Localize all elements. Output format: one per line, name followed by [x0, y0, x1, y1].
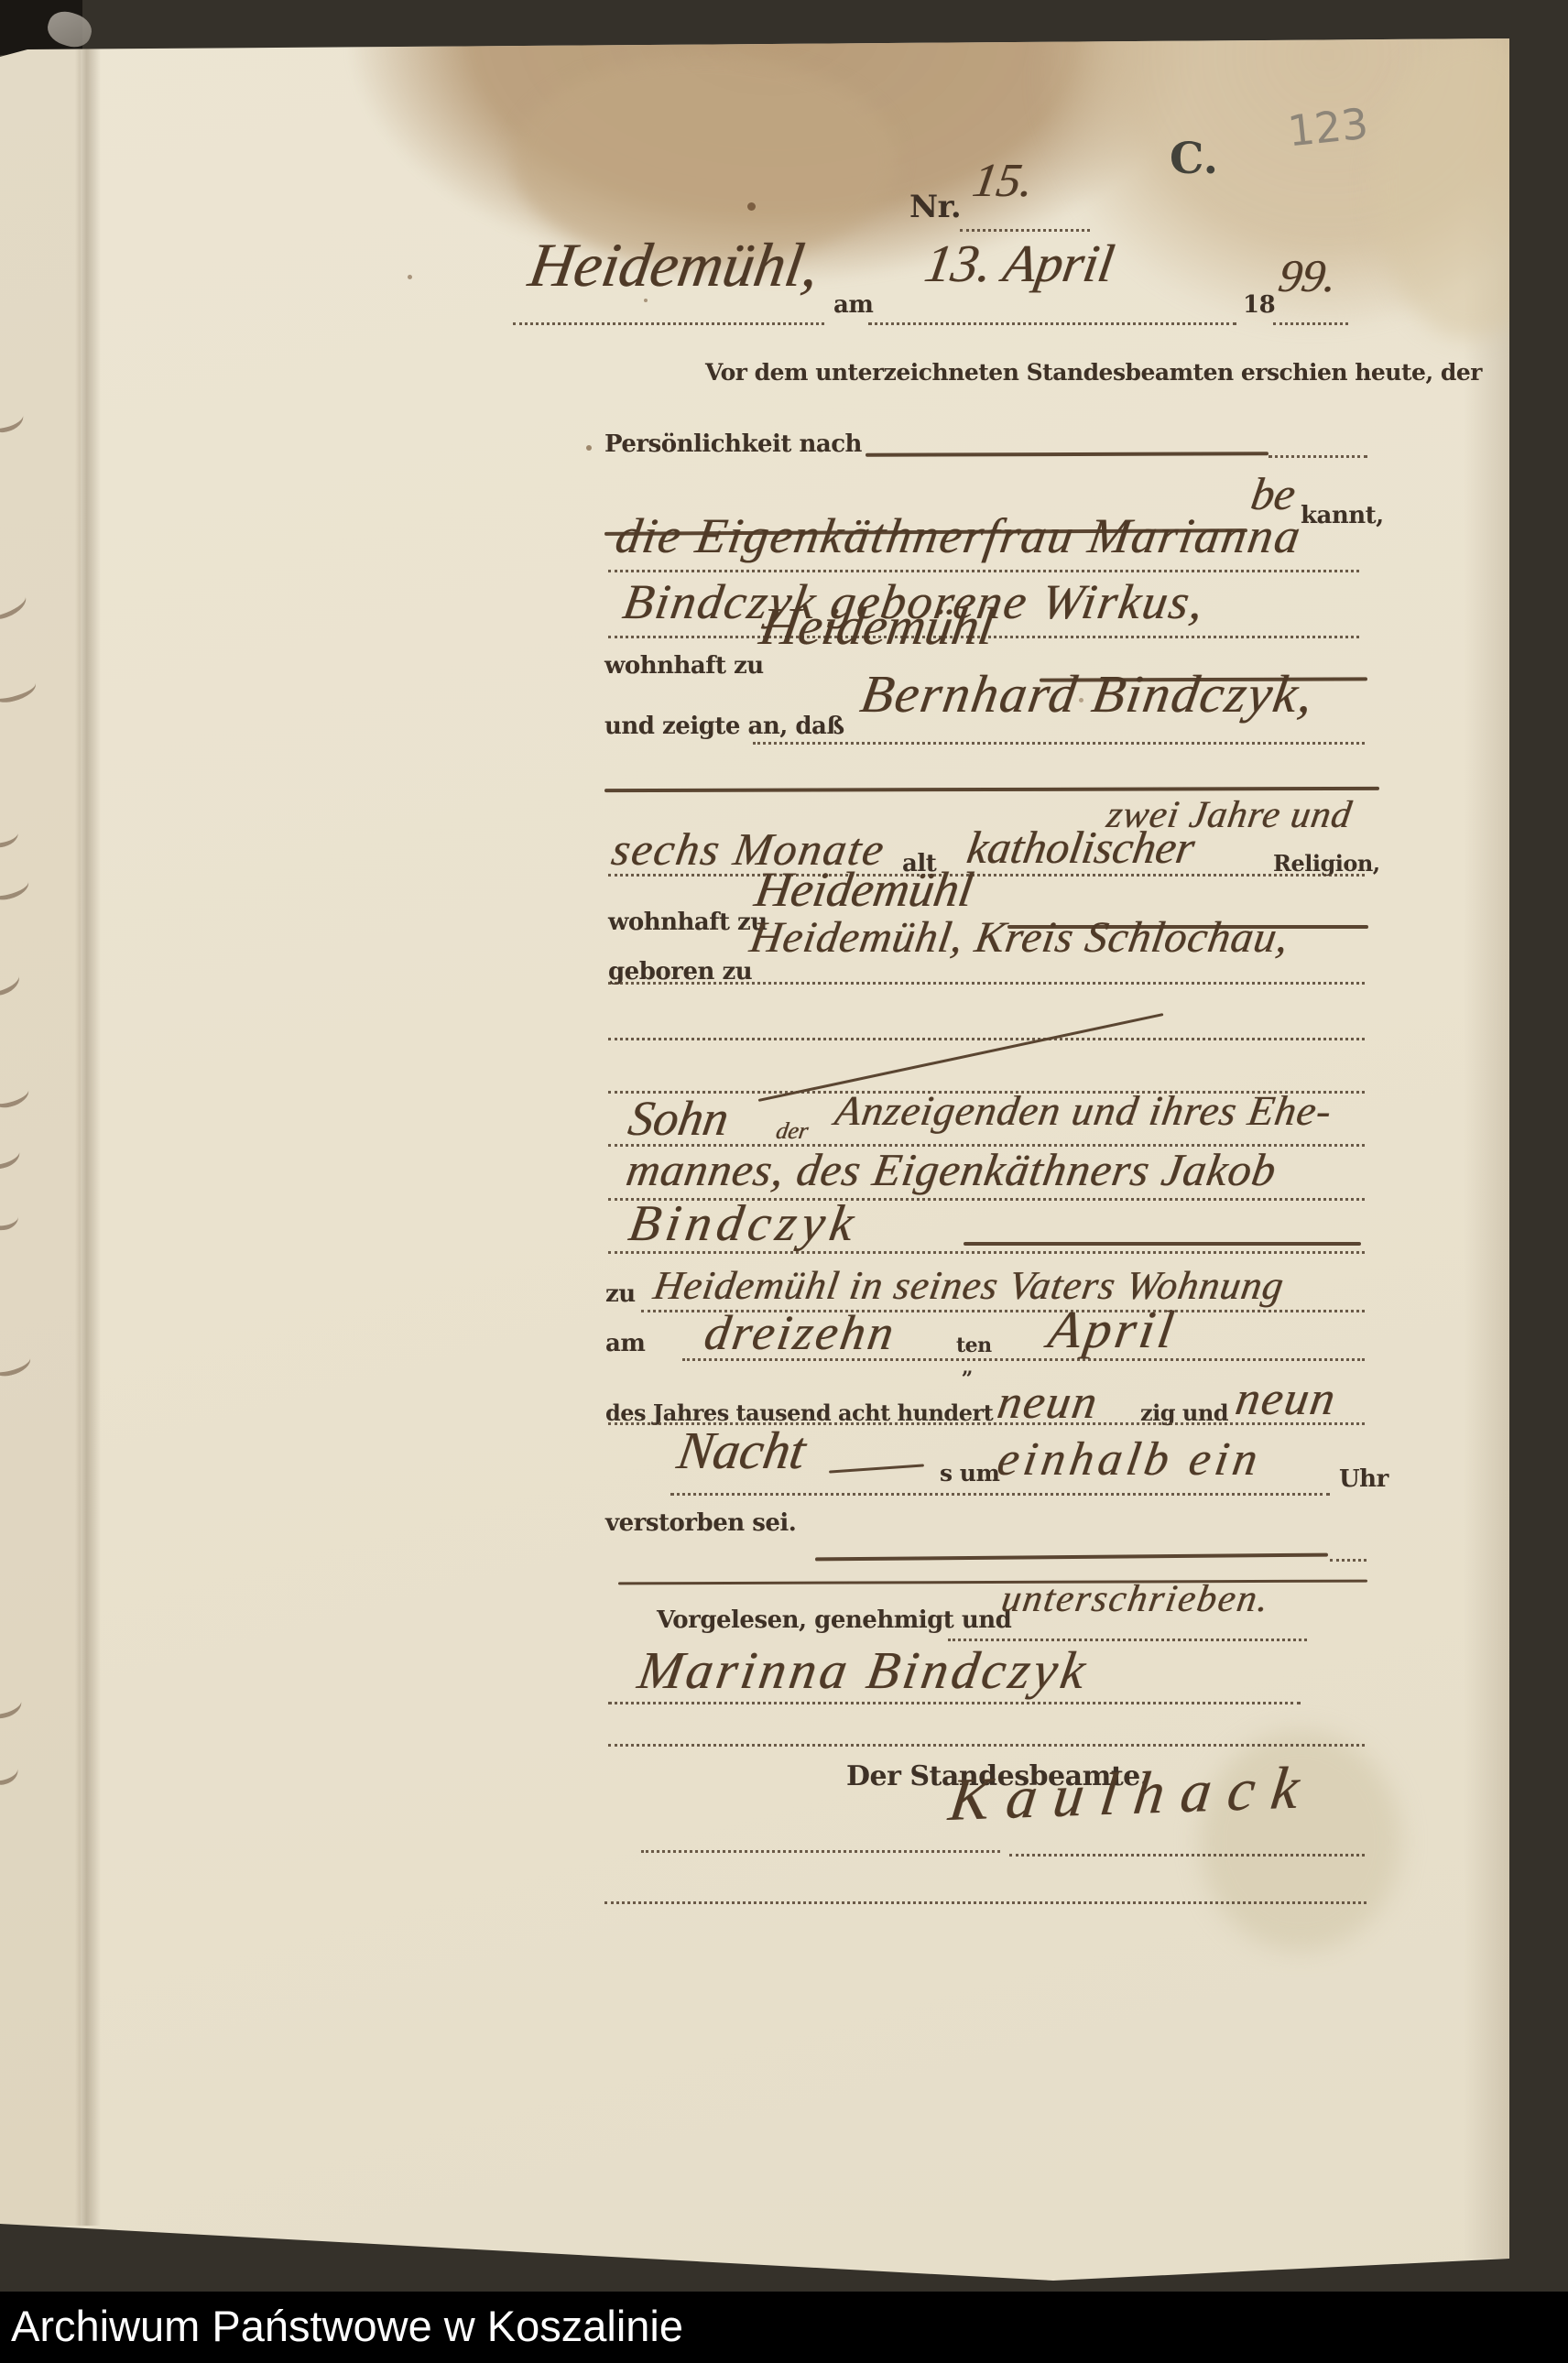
death-month-value: April: [1044, 1299, 1181, 1360]
intro-line: Vor dem unterzeichneten Standesbeamten e…: [705, 359, 1482, 386]
s-um-label: s um: [940, 1460, 999, 1486]
death-year-ones: neun: [1232, 1372, 1340, 1426]
rule-dotted: [608, 1038, 1365, 1040]
relation-line3: Bindczyk: [625, 1194, 863, 1253]
ink-flourish: [829, 1464, 924, 1473]
ten-label: ten: [956, 1334, 992, 1357]
paper-sheet: Nr. 15. C. 123 Heidemühl, am 13. April 1…: [0, 0, 1568, 2363]
ink-line: [866, 452, 1269, 457]
registrar-signature: Kaulhack: [945, 1753, 1319, 1835]
rule-dotted: [1269, 455, 1367, 458]
pencil-page-number: 123: [1285, 99, 1370, 157]
deceased-residence-label: wohnhaft zu: [608, 909, 768, 936]
binding-fold: [75, 46, 101, 2226]
announce-label: und zeigte an, daß: [604, 713, 844, 740]
ink-fleck: [408, 275, 412, 279]
time-of-day-value: Nacht: [673, 1420, 810, 1481]
relation-handwritten: Sohn: [625, 1090, 733, 1147]
am-label: am: [833, 291, 873, 319]
year-handwritten: 99.: [1275, 249, 1341, 302]
died-label: verstorben sei.: [605, 1509, 796, 1537]
relation-small-word: der: [774, 1117, 810, 1145]
place-handwritten: Heidemühl,: [524, 229, 824, 301]
rule-dotted: [608, 874, 1365, 877]
rule-dotted: [608, 570, 1359, 572]
rule-dotted: [682, 1358, 1365, 1361]
relation-line2: mannes, des Eigenkäthners Jakob: [623, 1143, 1280, 1196]
death-day-value: dreizehn: [701, 1304, 900, 1361]
archive-caption-bar: Archiwum Państwowe w Koszalinie: [0, 2292, 1568, 2363]
rule-dotted: [1009, 1854, 1365, 1857]
birthplace-value: Heidemühl, Kreis Schlochau,: [746, 912, 1293, 963]
religion-label: Religion,: [1273, 850, 1380, 877]
ink-line: [964, 1242, 1361, 1246]
declarant-residence-value: Heidemühl: [756, 595, 998, 657]
deceased-name-value: Bernhard Bindczyk,: [856, 663, 1319, 724]
rule-dotted: [670, 1493, 1330, 1496]
religion-value: katholischer: [964, 821, 1198, 874]
declarant-line1: die Eigenkäthnerfrau Marianna: [612, 507, 1306, 564]
known-printed: kannt,: [1301, 502, 1384, 529]
archive-caption: Archiwum Państwowe w Koszalinie: [0, 2292, 1568, 2361]
death-place-value: Heidemühl in seines Vaters Wohnung: [650, 1262, 1288, 1309]
rule-dotted: [1330, 1559, 1367, 1562]
signed-handwritten: unterschrieben.: [998, 1577, 1273, 1621]
record-number-value: 15.: [969, 154, 1037, 208]
ink-fleck: [586, 445, 592, 451]
ink-fleck: [747, 202, 756, 211]
identity-label: Persönlichkeit nach: [604, 430, 862, 458]
uhr-label: Uhr: [1339, 1465, 1388, 1493]
deceased-residence-value: Heidemühl: [751, 861, 977, 918]
rule-dotted: [868, 322, 1236, 325]
record-number-label: Nr.: [909, 189, 961, 225]
year-century-printed: 18: [1243, 291, 1275, 319]
rule-dotted: [608, 1251, 1365, 1254]
rule-dotted: [641, 1850, 1000, 1853]
previous-page-edge: [0, 49, 81, 2226]
read-approved-label: Vorgelesen, genehmigt und: [657, 1606, 1011, 1634]
rule-dotted: [1273, 322, 1348, 325]
zu-label: zu: [605, 1280, 636, 1308]
rule-dotted: [608, 1702, 1301, 1704]
declarant-signature: Marinna Bindczyk: [634, 1639, 1093, 1701]
crossed-blank-line: [604, 787, 1379, 792]
rule-dotted: [608, 982, 1365, 985]
death-hour-value: einhalb ein: [994, 1432, 1266, 1486]
rule-dotted: [604, 1901, 1367, 1904]
relation-rest: Anzeigenden und ihres Ehe-: [832, 1086, 1335, 1135]
water-stain: [1374, 37, 1566, 339]
rule-dotted: [608, 1744, 1365, 1747]
crossed-blank-line: [815, 1553, 1328, 1562]
rule-dotted: [960, 229, 1090, 232]
rule-dotted: [513, 322, 824, 325]
rule-dotted: [753, 742, 1365, 745]
form-letter-mark: C.: [1170, 134, 1218, 184]
death-am-label: am: [605, 1330, 645, 1357]
document-scan: Nr. 15. C. 123 Heidemühl, am 13. April 1…: [0, 0, 1568, 2363]
declarant-residence-label: wohnhaft zu: [604, 652, 764, 680]
date-handwritten: 13. April: [920, 233, 1118, 294]
